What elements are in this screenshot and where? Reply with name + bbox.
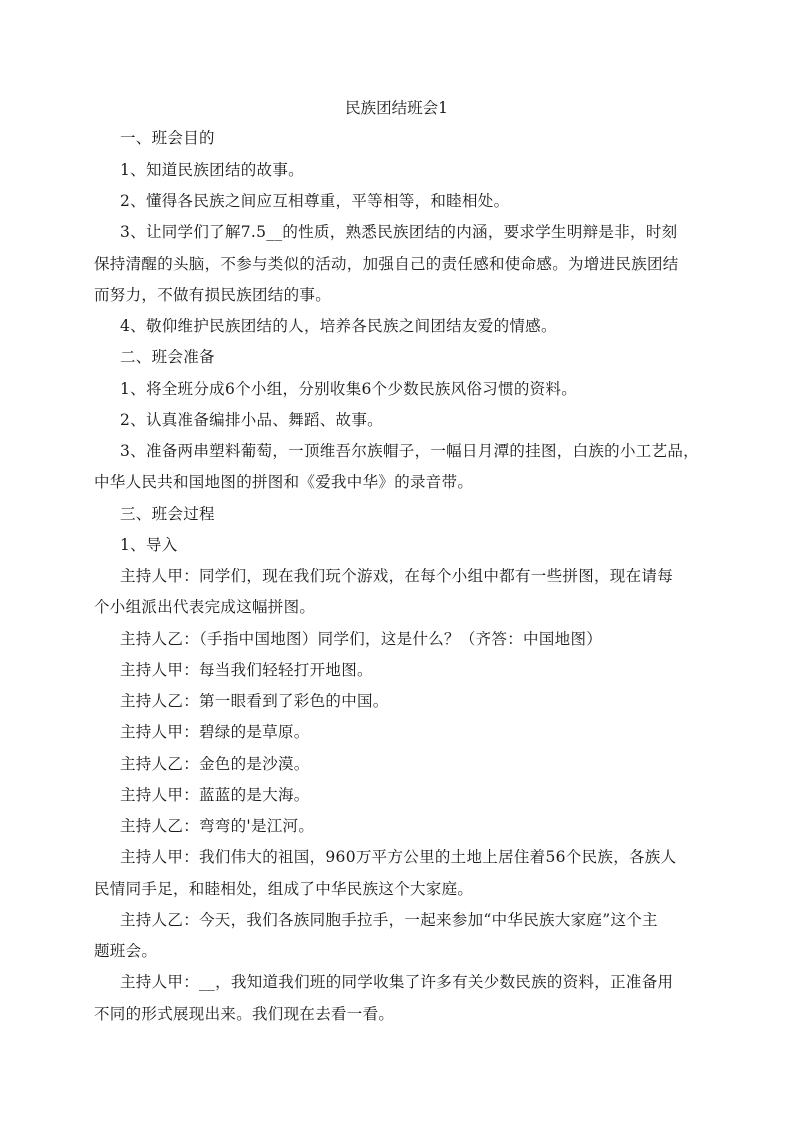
text-line: 民情同手足，和睦相处，组成了中华民族这个大家庭。 — [94, 879, 473, 899]
text-line: 主持人乙：金色的是沙漠。 — [120, 754, 310, 774]
text-line: 主持人甲：我们伟大的祖国，960万平方公里的土地上居住着56个民族，各族人 — [120, 847, 676, 867]
text-line: 主持人乙：今天，我们各族同胞手拉手，一起来参加“中华民族大家庭”这个主 — [120, 910, 658, 930]
text-line: 保持清醒的头脑，不参与类似的活动，加强自己的责任感和使命感。为增进民族团结 — [94, 254, 679, 274]
text-line: 个小组派出代表完成这幅拼图。 — [94, 597, 315, 617]
text-line: 主持人乙：第一眼看到了彩色的中国。 — [120, 691, 389, 711]
section-heading: 三、班会过程 — [120, 504, 215, 524]
text-line: 1、知道民族团结的故事。 — [120, 160, 304, 180]
text-line: 1、导入 — [120, 535, 178, 555]
text-line: 主持人甲：每当我们轻轻打开地图。 — [120, 660, 373, 680]
text-line: 主持人甲：碧绿的是草原。 — [120, 722, 310, 742]
section-heading: 二、班会准备 — [120, 347, 215, 367]
text-line: 不同的形式展现出来。我们现在去看一看。 — [94, 1004, 394, 1024]
text-line: 3、准备两串塑料葡萄，一顶维吾尔族帽子，一幅日月潭的挂图，白族的小工艺品， — [120, 441, 699, 461]
document-title: 民族团结班会1 — [0, 98, 793, 118]
text-line: 主持人乙：弯弯的'是江河。 — [120, 816, 314, 836]
text-line: 1、将全班分成6个小组，分别收集6个少数民族风俗习惯的资料。 — [120, 379, 577, 399]
text-line: 2、认真准备编排小品、舞蹈、故事。 — [120, 410, 383, 430]
document-page: 民族团结班会1 一、班会目的1、知道民族团结的故事。2、懂得各民族之间应互相尊重… — [0, 0, 793, 1122]
text-line: 主持人甲：同学们，现在我们玩个游戏，在每个小组中都有一些拼图，现在请每 — [120, 566, 673, 586]
text-line: 主持人乙：（手指中国地图）同学们，这是什么？（齐答：中国地图） — [120, 629, 602, 649]
text-line: 主持人甲：__，我知道我们班的同学收集了许多有关少数民族的资料，正准备用 — [120, 972, 673, 992]
text-line: 题班会。 — [94, 941, 157, 961]
text-line: 4、敬仰维护民族团结的人，培养各民族之间团结友爱的情感。 — [120, 316, 557, 336]
text-line: 2、懂得各民族之间应互相尊重，平等相等，和睦相处。 — [120, 191, 509, 211]
text-line: 中华人民共和国地图的拼图和《爱我中华》的录音带。 — [94, 472, 473, 492]
section-heading: 一、班会目的 — [120, 128, 215, 148]
text-line: 而努力，不做有损民族团结的事。 — [94, 285, 331, 305]
text-line: 3、让同学们了解7.5__的性质，熟悉民族团结的内涵，要求学生明辩是非，时刻 — [120, 222, 677, 242]
text-line: 主持人甲：蓝蓝的是大海。 — [120, 785, 310, 805]
